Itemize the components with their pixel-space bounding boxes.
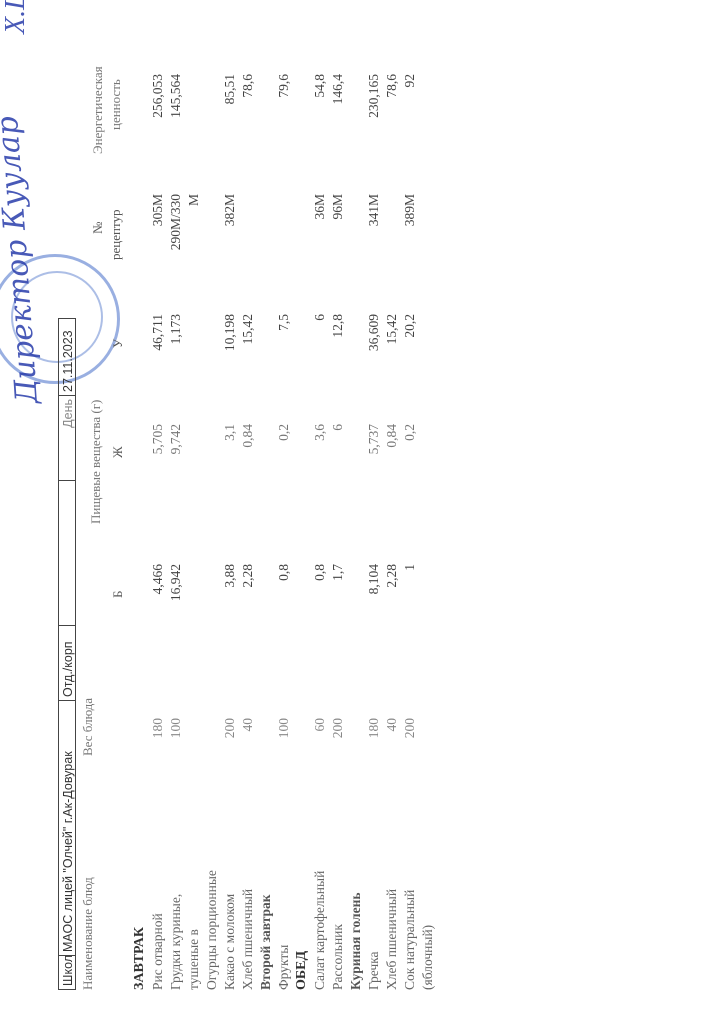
dish-name: Второй завтрак — [258, 894, 274, 990]
table-row: Какао с молоком2003,883,110,198382М85,51 — [222, 0, 240, 1024]
protein-value: 8,104 — [366, 564, 382, 624]
dish-name: Рассольник — [330, 924, 346, 990]
table-row: Хлеб пшеничный402,280,8415,4278,6 — [240, 0, 258, 1024]
protein-value: 2,28 — [384, 564, 400, 624]
recipe-number: 382М — [222, 194, 238, 274]
energy-value: 92 — [402, 74, 418, 144]
department-value — [58, 480, 76, 625]
signature-initials: Х.Ш. — [0, 0, 32, 34]
dish-name: Какао с молоком — [222, 894, 238, 990]
energy-value: 146,4 — [330, 74, 346, 144]
dish-name: ОБЕД — [294, 951, 310, 990]
energy-value: 78,6 — [240, 74, 256, 144]
section-row: ЗАВТРАК — [132, 0, 150, 1024]
dish-name: тушеные в — [186, 929, 202, 990]
dish-weight: 200 — [402, 718, 418, 778]
dish-name: Фрукты — [276, 945, 292, 990]
section-row: ОБЕД — [294, 0, 312, 1024]
carbs-value: 1,173 — [168, 314, 184, 374]
table-row: Сок натуральный20010,220,2389М92 — [402, 0, 420, 1024]
school-name: МАОС лицей "Олчей" г.Ак-Довурак — [58, 700, 76, 955]
column-nutrients: Пищевые вещества (г) — [88, 400, 104, 524]
energy-value: 78,6 — [384, 74, 400, 144]
fat-value: 3,6 — [312, 424, 328, 484]
date-value: 27.11.2023 — [58, 318, 76, 395]
table-row: Хлеб пшеничный402,280,8415,4278,6 — [384, 0, 402, 1024]
dish-name: Салат картофельный — [312, 871, 328, 990]
dish-weight: 100 — [168, 718, 184, 778]
dish-name: Сок натуральный — [402, 890, 418, 990]
protein-value: 2,28 — [240, 564, 256, 624]
column-recipe-line2: рецептур — [108, 210, 124, 260]
department-label: Отд./корп — [58, 625, 76, 700]
day-label: День — [58, 395, 76, 480]
carbs-value: 36,609 — [366, 314, 382, 374]
dish-name: Грудки куриные, — [168, 894, 184, 990]
column-protein: Б — [110, 591, 126, 598]
column-carbs: У — [110, 339, 126, 348]
recipe-number: 341М — [366, 194, 382, 274]
protein-value: 16,942 — [168, 564, 184, 624]
dish-weight: 180 — [366, 718, 382, 778]
carbs-value: 6 — [312, 314, 328, 374]
column-recipe-line1: № — [90, 222, 106, 234]
protein-value: 1 — [402, 564, 418, 624]
fat-value: 0,84 — [240, 424, 256, 484]
recipe-number: 305М — [150, 194, 166, 274]
carbs-value: 15,42 — [240, 314, 256, 374]
table-row: Салат картофельный600,83,6636М54,8 — [312, 0, 330, 1024]
table-row: Рис отварной1804,4665,70546,711305М256,0… — [150, 0, 168, 1024]
dish-weight: 100 — [276, 718, 292, 778]
recipe-number: 290М/330 — [168, 194, 184, 274]
dish-name: Гречка — [366, 952, 382, 991]
protein-value: 0,8 — [276, 564, 292, 624]
dish-weight: 40 — [240, 718, 256, 778]
fat-value: 5,737 — [366, 424, 382, 484]
fat-value: 3,1 — [222, 424, 238, 484]
dish-name: Куриная голень — [348, 892, 364, 990]
column-dish-name: Наименование блюд — [80, 877, 96, 990]
column-energy-line1: Энергетическая — [90, 66, 106, 154]
protein-value: 0,8 — [312, 564, 328, 624]
column-energy-line2: ценность — [108, 79, 124, 130]
table-row: Второй завтрак — [258, 0, 276, 1024]
dish-name: Рис отварной — [150, 913, 166, 990]
table-row: Фрукты1000,80,27,579,6 — [276, 0, 294, 1024]
recipe-number: 96М — [330, 194, 346, 274]
dish-weight: 180 — [150, 718, 166, 778]
table-row: тушеные вМ — [186, 0, 204, 1024]
dish-weight: 200 — [330, 718, 346, 778]
dish-name: Хлеб пшеничный — [384, 889, 400, 990]
carbs-value: 12,8 — [330, 314, 346, 374]
fat-value: 5,705 — [150, 424, 166, 484]
recipe-number: 389М — [402, 194, 418, 274]
dish-weight: 60 — [312, 718, 328, 778]
dish-weight: 40 — [384, 718, 400, 778]
fat-value: 0,2 — [402, 424, 418, 484]
table-row: Огурцы порционные — [204, 0, 222, 1024]
energy-value: 256,053 — [150, 74, 166, 144]
column-fat: Ж — [110, 446, 126, 458]
column-weight: Вес блюда — [80, 698, 96, 756]
protein-value: 3,88 — [222, 564, 238, 624]
energy-value: 230,165 — [366, 74, 382, 144]
dish-weight: 200 — [222, 718, 238, 778]
table-row: Грудки куриные,10016,9429,7421,173290М/3… — [168, 0, 186, 1024]
table-row: (яблочный) — [420, 0, 438, 1024]
recipe-number: М — [186, 194, 202, 274]
fat-value: 0,2 — [276, 424, 292, 484]
table-row: Куриная голень — [348, 0, 366, 1024]
dish-name: ЗАВТРАК — [132, 927, 148, 990]
energy-value: 79,6 — [276, 74, 292, 144]
dish-name: Огурцы порционные — [204, 870, 220, 990]
carbs-value: 10,198 — [222, 314, 238, 374]
rotated-menu-page: Директор Куулар Х.Ш. Школа МАОС лицей "О… — [0, 0, 724, 1024]
energy-value: 85,51 — [222, 74, 238, 144]
protein-value: 4,466 — [150, 564, 166, 624]
table-row: Гречка1808,1045,73736,609341М230,165 — [366, 0, 384, 1024]
fat-value: 9,742 — [168, 424, 184, 484]
dish-name: (яблочный) — [420, 925, 436, 990]
carbs-value: 46,711 — [150, 314, 166, 374]
recipe-number: 36М — [312, 194, 328, 274]
carbs-value: 20,2 — [402, 314, 418, 374]
carbs-value: 15,42 — [384, 314, 400, 374]
energy-value: 145,564 — [168, 74, 184, 144]
dish-name: Хлеб пшеничный — [240, 889, 256, 990]
protein-value: 1,7 — [330, 564, 346, 624]
energy-value: 54,8 — [312, 74, 328, 144]
fat-value: 6 — [330, 424, 346, 484]
carbs-value: 7,5 — [276, 314, 292, 374]
fat-value: 0,84 — [384, 424, 400, 484]
table-row: Рассольник2001,7612,896М146,4 — [330, 0, 348, 1024]
school-label: Школа — [58, 955, 76, 990]
